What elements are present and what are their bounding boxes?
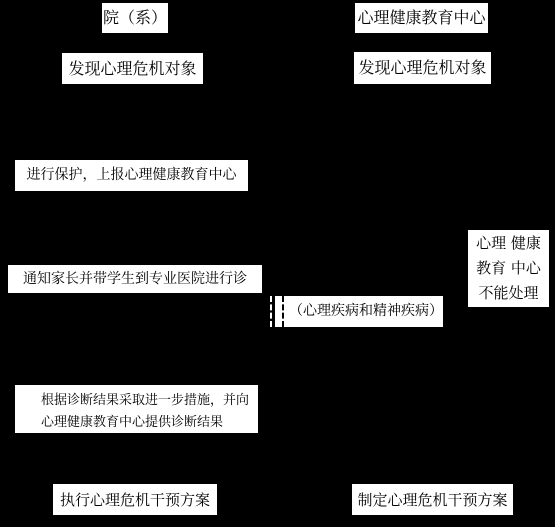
node-execute-plan: 执行心理危机干预方案 (53, 484, 217, 515)
node-dept-find-crisis: 发现心理危机对象 (62, 53, 203, 84)
node-illness-note: （心理疾病和精神疾病） (275, 296, 443, 327)
further-measures-line-2: 心理健康教育中心提供诊断结果 (41, 412, 258, 434)
node-center-cannot-handle: 心理 健康 教育 中心 不能处理 (468, 230, 549, 307)
node-center-header: 心理健康教育中心 (355, 3, 488, 33)
dashed-inner-line (282, 296, 284, 327)
node-center-find-crisis: 发现心理危机对象 (354, 52, 491, 84)
node-notify-parents-hospital: 通知家长并带学生到专业医院进行诊 (8, 265, 262, 293)
flowchart-canvas: 院（系） 心理健康教育中心 发现心理危机对象 发现心理危机对象 进行保护，上报心… (0, 0, 555, 527)
node-develop-plan: 制定心理危机干预方案 (352, 484, 513, 515)
further-measures-line-1: 根据诊断结果采取进一步措施，并向 (41, 390, 258, 412)
node-further-measures: 根据诊断结果采取进一步措施，并向 心理健康教育中心提供诊断结果 (15, 385, 258, 433)
node-protect-report: 进行保护，上报心理健康教育中心 (15, 160, 248, 191)
cannot-handle-line-2: 教育 中心 (476, 256, 541, 281)
cannot-handle-line-3: 不能处理 (478, 281, 538, 306)
node-dept-header: 院（系） (102, 3, 168, 33)
cannot-handle-line-1: 心理 健康 (476, 231, 541, 256)
illness-note-label: （心理疾病和精神疾病） (289, 303, 443, 320)
dashed-connector-line (270, 296, 272, 327)
